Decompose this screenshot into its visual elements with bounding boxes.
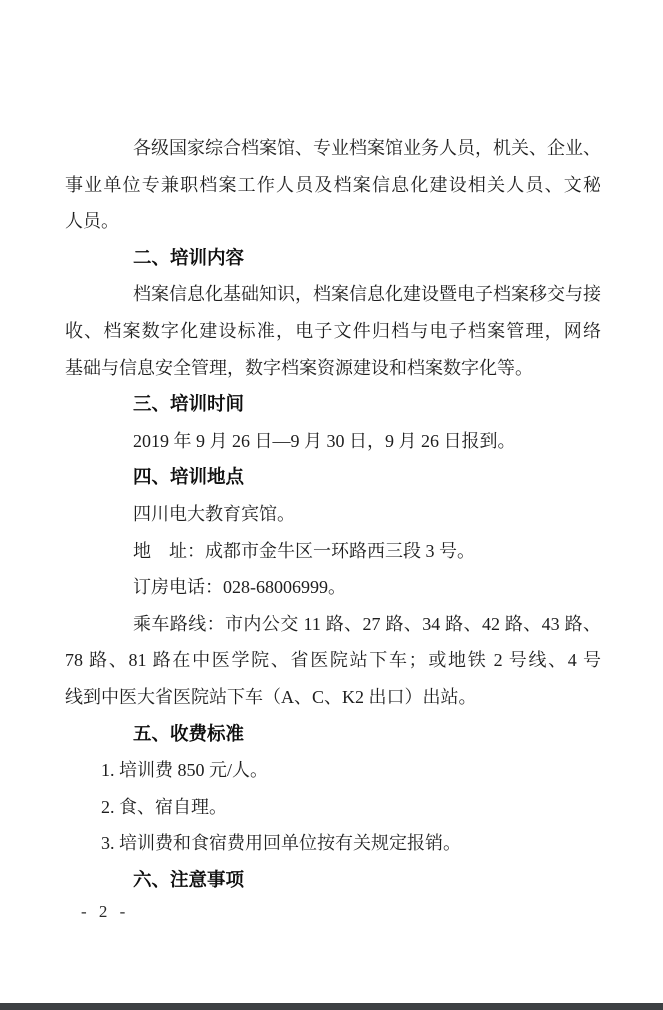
bus-route-line: 线到中医大省医院站下车（A、C、K2 出口）出站。 [65, 679, 601, 716]
intro-line: 人员。 [65, 203, 601, 240]
address-line: 地 址：成都市金牛区一环路西三段 3 号。 [65, 533, 601, 570]
page-number: - 2 - [81, 902, 129, 922]
section-heading-fees: 五、收费标准 [65, 716, 601, 753]
fee-item-line: 3. 培训费和食宿费用回单位按有关规定报销。 [65, 825, 601, 862]
document-body: 各级国家综合档案馆、专业档案馆业务人员，机关、企业、 事业单位专兼职档案工作人员… [65, 130, 601, 898]
page-bottom-bar [0, 1003, 663, 1010]
body-line: 基础与信息安全管理，数字档案资源建设和档案数字化等。 [65, 350, 601, 387]
document-page: 各级国家综合档案馆、专业档案馆业务人员，机关、企业、 事业单位专兼职档案工作人员… [0, 0, 663, 1010]
bus-route-line: 78 路、81 路在中医学院、省医院站下车；或地铁 2 号线、4 号 [65, 642, 601, 679]
section-heading-training-time: 三、培训时间 [65, 386, 601, 423]
hotel-name-line: 四川电大教育宾馆。 [65, 496, 601, 533]
section-heading-training-content: 二、培训内容 [65, 240, 601, 277]
body-line: 档案信息化基础知识，档案信息化建设暨电子档案移交与接 [65, 276, 601, 313]
phone-line: 订房电话：028-68006999。 [65, 569, 601, 606]
intro-line: 各级国家综合档案馆、专业档案馆业务人员，机关、企业、 [65, 130, 601, 167]
body-line: 收、档案数字化建设标准，电子文件归档与电子档案管理，网络 [65, 313, 601, 350]
fee-item-line: 2. 食、宿自理。 [65, 789, 601, 826]
intro-line: 事业单位专兼职档案工作人员及档案信息化建设相关人员、文秘 [65, 167, 601, 204]
section-heading-notes: 六、注意事项 [65, 862, 601, 899]
bus-route-line: 乘车路线：市内公交 11 路、27 路、34 路、42 路、43 路、 [65, 606, 601, 643]
fee-item-line: 1. 培训费 850 元/人。 [65, 752, 601, 789]
training-date-line: 2019 年 9 月 26 日—9 月 30 日，9 月 26 日报到。 [65, 423, 601, 460]
section-heading-training-location: 四、培训地点 [65, 459, 601, 496]
